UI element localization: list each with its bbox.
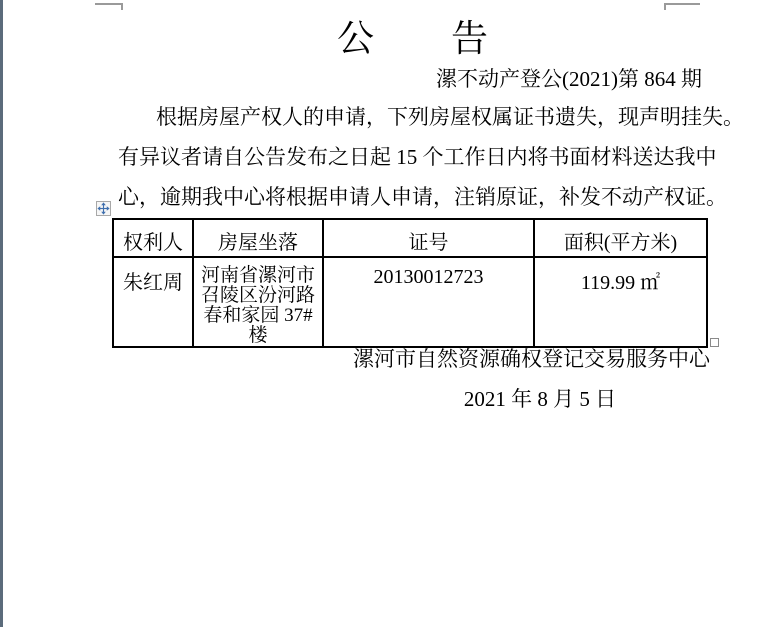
page-title: 公 告 — [118, 8, 708, 62]
table-row: 朱红周 河南省漯河市召陵区汾河路春和家园 37#楼 20130012723 11… — [113, 257, 707, 347]
column-header-cert-no: 证号 — [323, 219, 534, 257]
announcement-table: 权利人 房屋坐落 证号 面积(平方米) 朱红周 河南省漯河市召陵区汾河路春和家园… — [112, 218, 708, 348]
paragraph-line-2: 有异议者请自公告发布之日起 15 个工作日内将书面材料送达我中 — [118, 141, 717, 171]
crop-mark-left-horizontal — [95, 3, 123, 5]
column-header-owner: 权利人 — [113, 219, 193, 257]
move-arrows-icon — [97, 202, 110, 215]
signature-line: 漯河市自然资源确权登记交易服务中心 — [118, 343, 710, 373]
table-resize-handle[interactable] — [710, 338, 719, 347]
window-left-edge — [0, 0, 3, 627]
date-line: 2021 年 8 月 5 日 — [300, 383, 780, 413]
document-page: 公 告 漯不动产登公(2021)第 864 期 根据房屋产权人的申请，下列房屋权… — [0, 0, 783, 627]
cell-location: 河南省漯河市召陵区汾河路春和家园 37#楼 — [193, 257, 323, 347]
column-header-area: 面积(平方米) — [534, 219, 707, 257]
issue-number-line: 漯不动产登公(2021)第 864 期 — [118, 63, 702, 93]
cell-area: 119.99 ㎡ — [534, 257, 707, 347]
table-header-row: 权利人 房屋坐落 证号 面积(平方米) — [113, 219, 707, 257]
paragraph-line-3: 心，逾期我中心将根据申请人申请，注销原证，补发不动产权证。 — [118, 181, 727, 211]
table-move-handle[interactable] — [96, 201, 111, 216]
cell-owner: 朱红周 — [113, 257, 193, 347]
crop-mark-right-horizontal — [664, 3, 700, 5]
cell-cert-no: 20130012723 — [323, 257, 534, 347]
paragraph-line-1: 根据房屋产权人的申请，下列房屋权属证书遗失，现声明挂失。 — [156, 101, 744, 131]
column-header-location: 房屋坐落 — [193, 219, 323, 257]
